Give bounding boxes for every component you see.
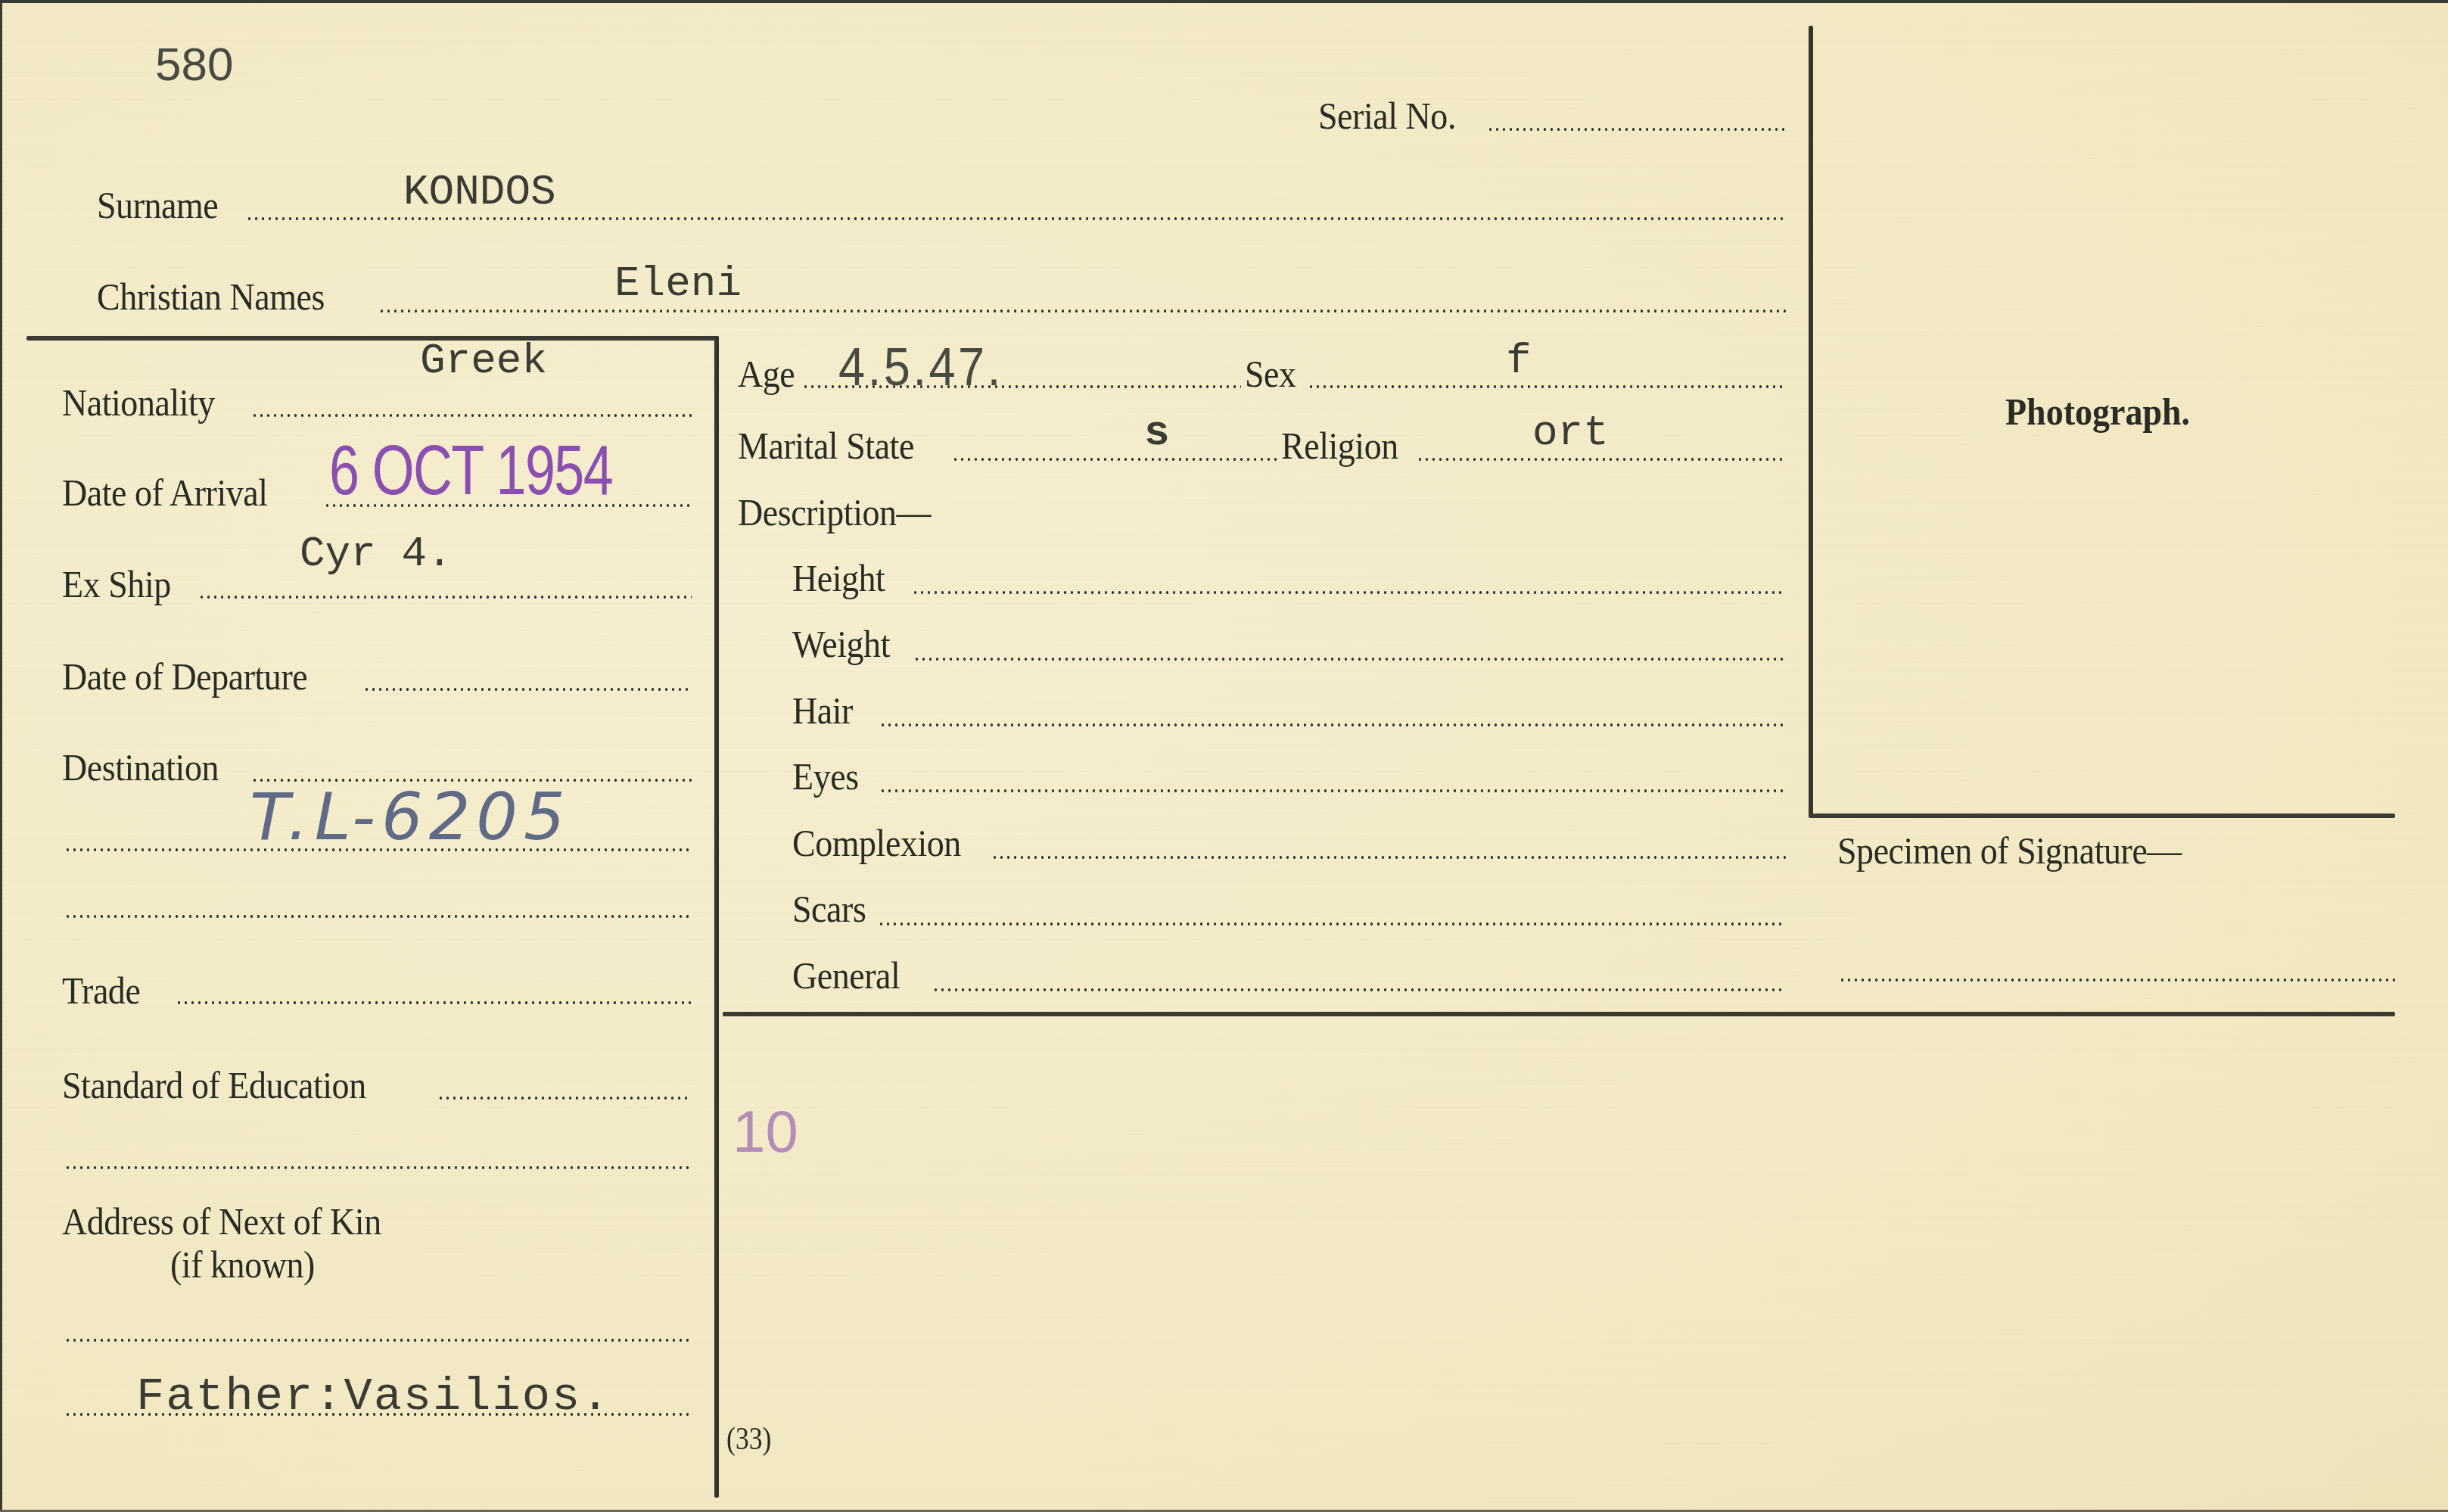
signature-label: Specimen of Signature— bbox=[1837, 829, 2182, 873]
marital-state-value[interactable]: s bbox=[1144, 409, 1170, 457]
complexion-field[interactable] bbox=[991, 855, 1786, 860]
christian-names-field[interactable] bbox=[378, 309, 1786, 313]
destination-handwritten-value[interactable]: T.L-6205 bbox=[250, 779, 571, 855]
education-field-line-2[interactable] bbox=[64, 1165, 692, 1170]
card-left-edge bbox=[0, 0, 2, 1512]
weight-label: Weight bbox=[792, 622, 890, 666]
arrival-date-stamp[interactable]: 6 OCT 1954 bbox=[329, 431, 612, 511]
education-label: Standard of Education bbox=[62, 1063, 366, 1107]
sex-field[interactable] bbox=[1308, 384, 1786, 389]
ex-ship-field[interactable] bbox=[198, 595, 692, 599]
christian-names-label: Christian Names bbox=[97, 275, 325, 319]
form-code: (33) bbox=[726, 1421, 771, 1458]
education-field[interactable] bbox=[437, 1096, 692, 1100]
scars-field[interactable] bbox=[878, 922, 1786, 926]
card-number: 580 bbox=[155, 38, 233, 92]
surname-value[interactable]: KONDOS bbox=[403, 168, 556, 216]
religion-label: Religion bbox=[1281, 424, 1398, 468]
date-of-arrival-field[interactable] bbox=[324, 503, 692, 508]
ex-ship-value[interactable]: Cyr 4. bbox=[300, 530, 453, 578]
height-label: Height bbox=[792, 556, 885, 600]
complexion-label: Complexion bbox=[792, 821, 961, 865]
trade-field[interactable] bbox=[176, 1000, 692, 1005]
next-of-kin-field-line-2[interactable] bbox=[64, 1412, 692, 1417]
nationality-label: Nationality bbox=[62, 381, 215, 425]
sex-label: Sex bbox=[1245, 352, 1296, 396]
destination-field-line-2[interactable] bbox=[64, 848, 692, 852]
signature-field[interactable] bbox=[1839, 978, 2395, 982]
general-label: General bbox=[792, 954, 900, 997]
scars-label: Scars bbox=[792, 887, 866, 931]
sex-value[interactable]: f bbox=[1506, 337, 1532, 385]
religion-value[interactable]: ort bbox=[1532, 409, 1609, 457]
general-field[interactable] bbox=[932, 988, 1786, 992]
marital-state-field[interactable] bbox=[952, 457, 1279, 462]
next-of-kin-label: Address of Next of Kin bbox=[62, 1199, 381, 1243]
divider-under-names bbox=[26, 336, 719, 341]
divider-middle bbox=[723, 1012, 2395, 1016]
stamp-number: 10 bbox=[733, 1097, 798, 1166]
age-field[interactable] bbox=[802, 384, 1241, 389]
age-label: Age bbox=[738, 352, 795, 396]
height-field[interactable] bbox=[912, 590, 1786, 595]
surname-field[interactable] bbox=[246, 216, 1786, 221]
hair-label: Hair bbox=[792, 689, 853, 733]
date-of-arrival-label: Date of Arrival bbox=[62, 471, 268, 515]
trade-label: Trade bbox=[62, 969, 140, 1013]
destination-field-line-3[interactable] bbox=[64, 914, 692, 919]
divider-left-column bbox=[714, 336, 719, 1498]
photograph-area[interactable] bbox=[1816, 30, 2395, 810]
card-top-edge bbox=[0, 0, 2448, 3]
religion-field[interactable] bbox=[1417, 457, 1786, 462]
eyes-label: Eyes bbox=[792, 754, 859, 798]
nationality-value[interactable]: Greek bbox=[420, 337, 547, 385]
date-of-departure-label: Date of Departure bbox=[62, 655, 307, 698]
divider-under-photo bbox=[1809, 814, 2395, 818]
nationality-field[interactable] bbox=[251, 413, 692, 418]
surname-label: Surname bbox=[97, 183, 218, 227]
hair-field[interactable] bbox=[879, 723, 1786, 727]
serial-number-field[interactable] bbox=[1487, 127, 1786, 132]
next-of-kin-sublabel: (if known) bbox=[170, 1243, 315, 1286]
date-of-departure-field[interactable] bbox=[363, 687, 692, 692]
weight-field[interactable] bbox=[913, 657, 1786, 661]
christian-names-value[interactable]: Eleni bbox=[614, 260, 742, 308]
destination-label: Destination bbox=[62, 745, 219, 789]
divider-photo-box bbox=[1809, 26, 1813, 817]
serial-number-label: Serial No. bbox=[1318, 94, 1456, 138]
next-of-kin-field[interactable] bbox=[64, 1338, 692, 1342]
description-label: Description— bbox=[738, 490, 931, 534]
marital-state-label: Marital State bbox=[738, 424, 914, 468]
eyes-field[interactable] bbox=[879, 789, 1786, 793]
ex-ship-label: Ex Ship bbox=[62, 562, 171, 606]
